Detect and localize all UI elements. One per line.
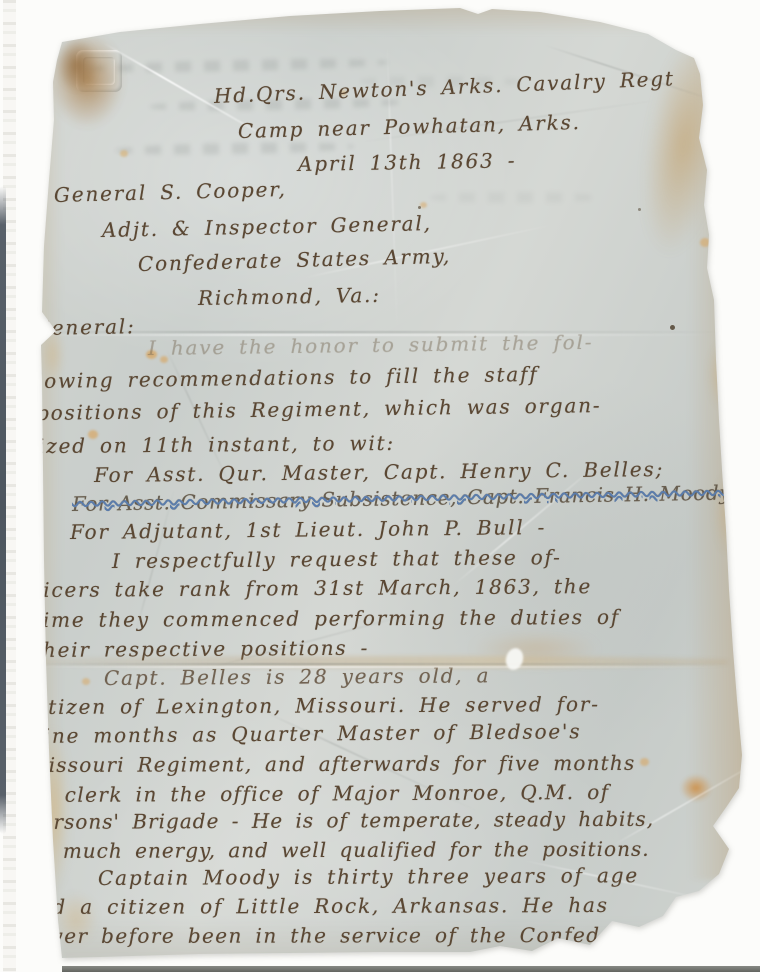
salutation: General:: [34, 314, 136, 340]
body-line: Captain Moody is thirty three years of a…: [98, 863, 639, 890]
ink-speck: [638, 208, 641, 211]
body-line: never before been in the service of the …: [24, 923, 661, 948]
addressee-name: General S. Cooper,: [54, 177, 287, 207]
recommendation-line: For Adjutant, 1st Lieut. John P. Bull -: [70, 515, 546, 544]
freckle: [82, 678, 90, 685]
freckle: [736, 136, 749, 148]
body-line: Missouri Regiment, and afterwards for fi…: [27, 751, 636, 777]
body-line: I respectfully request that these of-: [112, 545, 562, 573]
freckle: [420, 202, 427, 208]
edge-tint-top: [60, 4, 700, 34]
addressee-title: Adjt. & Inspector General,: [102, 211, 432, 242]
stain-top-left-dark: [56, 38, 98, 92]
heading-line-camp: Camp near Powhatan, Arks.: [238, 110, 581, 143]
bleedthrough-line: [430, 192, 600, 203]
body-line: ficers take rank from 31st March, 1863, …: [34, 574, 592, 602]
body-line: I have the honor to submit the fol-: [148, 330, 594, 360]
stain-right-mid: [708, 340, 738, 410]
body-line: nine months as Quarter Master of Bledsoe…: [29, 719, 582, 748]
body-line: as clerk in the office of Major Monroe, …: [27, 780, 610, 807]
body-line: time they commenced performing the dutie…: [33, 605, 620, 632]
freckle: [700, 238, 710, 247]
body-line: Parsons' Brigade - He is of temperate, s…: [27, 807, 654, 834]
body-line: and a citizen of Little Rock, Arkansas. …: [24, 893, 609, 919]
freckle: [640, 758, 649, 766]
heading-line-unit: Hd.Qrs. Newton's Arks. Cavalry Regt: [214, 66, 676, 108]
ink-speck: [670, 325, 675, 330]
ink-speck: [418, 206, 421, 209]
addressee-army: Confederate States Army,: [138, 244, 452, 276]
scanned-letter-page: { "scan": { "background_color": "#fcfcfa…: [0, 0, 760, 972]
body-line: of much energy, and well qualified for t…: [29, 837, 650, 863]
heading-line-date: April 13th 1863 -: [298, 148, 517, 176]
fold-line: [26, 663, 732, 665]
addressee-city: Richmond, Va.:: [198, 283, 381, 310]
body-line: ized on 11th instant, to wit:: [38, 431, 395, 458]
crease: [722, 302, 759, 499]
aged-paper-sheet: Hd.Qrs. Newton's Arks. Cavalry Regt Camp…: [0, 0, 760, 972]
stain-top-right-strip: [631, 28, 737, 261]
freckle: [120, 150, 128, 157]
letter-paper: Hd.Qrs. Newton's Arks. Cavalry Regt Camp…: [0, 0, 760, 972]
body-line: citizen of Lexington, Missouri. He serve…: [27, 692, 600, 719]
body-line: positions of this Regiment, which was or…: [36, 393, 602, 425]
body-line: lowing recommendations to fill the staff: [36, 362, 539, 393]
fold-line: [26, 666, 732, 668]
